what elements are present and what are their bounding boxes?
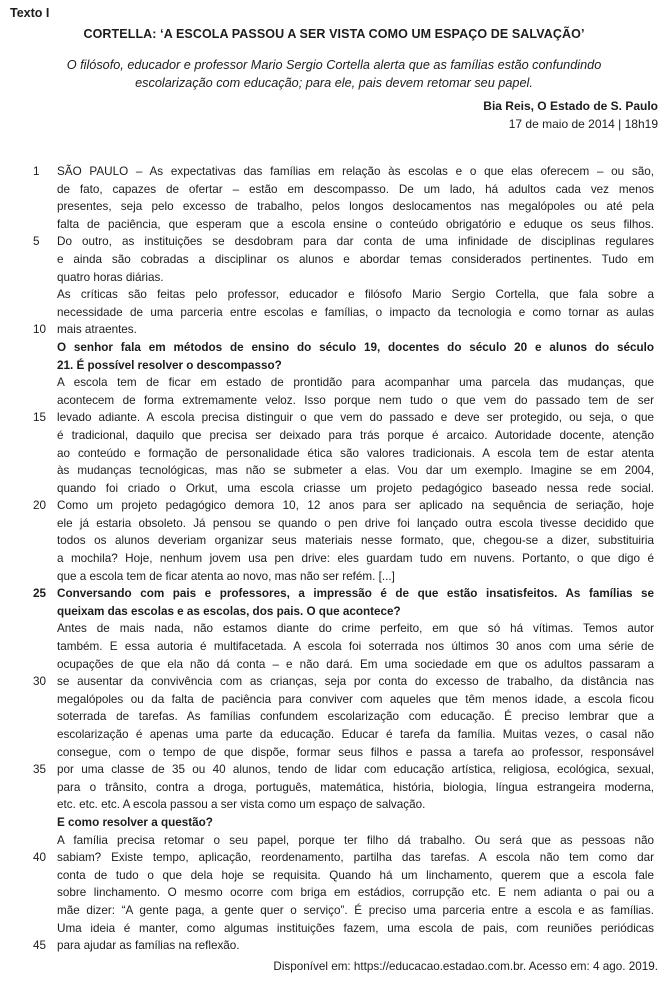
line-text: Conversando com pais e professores, a im… (57, 585, 654, 603)
line-number (33, 902, 57, 920)
text-line: Uma ideia é manter, como algumas institu… (33, 920, 655, 938)
line-number: 35 (33, 761, 57, 779)
line-text: soterrada de tarefas. As famílias confun… (57, 708, 654, 726)
line-text: se ausentar da convivência com as crianç… (57, 673, 654, 691)
line-number (33, 691, 57, 709)
text-line: quando foi criado o Orkut, uma escola cr… (33, 480, 655, 498)
text-line: consegue, com o tempo de que dispõe, for… (33, 744, 655, 762)
text-line: 15levado adiante. A escola precisa disti… (33, 409, 655, 427)
text-line: queixam das escolas e as escolas, dos pa… (33, 603, 655, 621)
line-number (33, 181, 57, 199)
text-line: de fato, capazes de ofertar – estão em d… (33, 181, 655, 199)
line-number (33, 427, 57, 445)
line-text: O senhor fala em métodos de ensino do sé… (57, 339, 654, 357)
text-line: Antes de mais nada, não estamos diante d… (33, 620, 655, 638)
line-number: 25 (33, 585, 57, 603)
text-line: para o trânsito, contra a droga, portugu… (33, 779, 655, 797)
line-number (33, 515, 57, 533)
text-line: às mudanças tecnológicas, mas não se sub… (33, 462, 655, 480)
line-number (33, 779, 57, 797)
line-number (33, 480, 57, 498)
line-text: etc. etc. etc. A escola passou a ser vis… (57, 796, 654, 814)
text-line: 40sabiam? Existe tempo, aplicação, reord… (33, 849, 655, 867)
text-line: também. E essa autoria é multifacetada. … (33, 638, 655, 656)
line-text: é tradicional, daquilo que precisa ser d… (57, 427, 654, 445)
text-line: presentes, seja pelo excesso de trabalho… (33, 198, 655, 216)
line-text: escolarização é apenas uma parte da educ… (57, 726, 654, 744)
line-text: A família precisa retomar o seu papel, p… (57, 832, 654, 850)
text-line: 30se ausentar da convivência com as cria… (33, 673, 655, 691)
line-number (33, 920, 57, 938)
text-line: escolarização é apenas uma parte da educ… (33, 726, 655, 744)
line-number (33, 532, 57, 550)
line-number: 15 (33, 409, 57, 427)
text-line: E como resolver a questão? (33, 814, 655, 832)
line-number (33, 867, 57, 885)
line-number (33, 462, 57, 480)
line-text: a mochila? Hoje, nenhum jovem usa pen dr… (57, 550, 654, 568)
text-line: ele já estaria obsoleto. Já pensou se qu… (33, 515, 655, 533)
line-number (33, 445, 57, 463)
line-number (33, 832, 57, 850)
text-line: 5Do outro, as instituições se desdobram … (33, 233, 655, 251)
line-number: 30 (33, 673, 57, 691)
line-text: conta de tudo o que dela hoje se requisi… (57, 867, 654, 885)
dateline: 17 de maio de 2014 | 18h19 (509, 117, 658, 131)
subtitle-line-1: O filósofo, educador e professor Mario S… (0, 56, 668, 74)
line-number: 40 (33, 849, 57, 867)
line-text: Como um projeto pedagógico demora 10, 12… (57, 497, 654, 515)
line-number (33, 374, 57, 392)
text-line: A escola tem de ficar em estado de pront… (33, 374, 655, 392)
text-line: A família precisa retomar o seu papel, p… (33, 832, 655, 850)
line-number (33, 269, 57, 287)
line-text: levado adiante. A escola precisa disting… (57, 409, 654, 427)
line-text: As críticas são feitas pelo professor, e… (57, 286, 654, 304)
byline: Bia Reis, O Estado de S. Paulo (483, 99, 658, 113)
line-text: Do outro, as instituições se desdobram p… (57, 233, 654, 251)
article-title: CORTELLA: ‘A ESCOLA PASSOU A SER VISTA C… (0, 27, 668, 41)
line-text: sabiam? Existe tempo, aplicação, reorden… (57, 849, 654, 867)
line-number (33, 656, 57, 674)
text-line: megalópoles ou da falta de paciência par… (33, 691, 655, 709)
line-number: 5 (33, 233, 57, 251)
line-number (33, 603, 57, 621)
text-line: mãe dizer: “A gente paga, a gente quer o… (33, 902, 655, 920)
line-text: falta de paciência, que esperam que a es… (57, 216, 654, 234)
line-text: A escola tem de ficar em estado de pront… (57, 374, 654, 392)
line-number (33, 620, 57, 638)
line-text: ao conteúdo e formação de personalidade … (57, 445, 654, 463)
line-number: 20 (33, 497, 57, 515)
text-line: O senhor fala em métodos de ensino do sé… (33, 339, 655, 357)
text-line: acontecem de forma extremamente veloz. I… (33, 392, 655, 410)
subtitle-line-2: escolarização com educação; para ele, pa… (0, 74, 668, 92)
text-line: e ainda são cobradas a disciplinar os al… (33, 251, 655, 269)
line-text: que a escola tem de ficar atenta ao novo… (57, 568, 654, 586)
line-number (33, 884, 57, 902)
line-number (33, 708, 57, 726)
text-line: ao conteúdo e formação de personalidade … (33, 445, 655, 463)
line-number (33, 286, 57, 304)
line-number (33, 638, 57, 656)
line-text: sobre linchamento. O mesmo ocorre com br… (57, 884, 654, 902)
line-text: 21. É possível resolver o descompasso? (57, 357, 654, 375)
line-text: E como resolver a questão? (57, 814, 654, 832)
line-text: mãe dizer: “A gente paga, a gente quer o… (57, 902, 654, 920)
text-line: quatro horas diárias. (33, 269, 655, 287)
text-line: que a escola tem de ficar atenta ao novo… (33, 568, 655, 586)
line-text: presentes, seja pelo excesso de trabalho… (57, 198, 654, 216)
line-number (33, 304, 57, 322)
line-text: megalópoles ou da falta de paciência par… (57, 691, 654, 709)
text-line: 1SÃO PAULO – As expectativas das família… (33, 163, 655, 181)
line-number: 45 (33, 937, 57, 955)
line-number (33, 216, 57, 234)
article-subtitle: O filósofo, educador e professor Mario S… (0, 56, 668, 92)
text-line: necessidade de uma parceria entre escola… (33, 304, 655, 322)
text-line: As críticas são feitas pelo professor, e… (33, 286, 655, 304)
line-text: de fato, capazes de ofertar – estão em d… (57, 181, 654, 199)
line-number (33, 726, 57, 744)
text-line: 10mais atraentes. (33, 321, 655, 339)
line-number (33, 796, 57, 814)
text-line: soterrada de tarefas. As famílias confun… (33, 708, 655, 726)
line-text: acontecem de forma extremamente veloz. I… (57, 392, 654, 410)
text-line: etc. etc. etc. A escola passou a ser vis… (33, 796, 655, 814)
line-text: consegue, com o tempo de que dispõe, for… (57, 744, 654, 762)
line-number (33, 392, 57, 410)
line-text: mais atraentes. (57, 321, 654, 339)
line-text: para o trânsito, contra a droga, portugu… (57, 779, 654, 797)
line-text: Antes de mais nada, não estamos diante d… (57, 620, 654, 638)
line-text: ele já estaria obsoleto. Já pensou se qu… (57, 515, 654, 533)
text-line: sobre linchamento. O mesmo ocorre com br… (33, 884, 655, 902)
line-text: todos os alunos deveriam organizar seus … (57, 532, 654, 550)
text-line: ocupações de que ela não dá conta – e nã… (33, 656, 655, 674)
text-line: é tradicional, daquilo que precisa ser d… (33, 427, 655, 445)
line-number (33, 251, 57, 269)
text-line: 21. É possível resolver o descompasso? (33, 357, 655, 375)
line-number (33, 357, 57, 375)
line-number: 1 (33, 163, 57, 181)
text-body: 1SÃO PAULO – As expectativas das família… (33, 163, 655, 955)
text-label: Texto I (10, 6, 49, 20)
line-number (33, 568, 57, 586)
text-line: 35por uma classe de 35 ou 40 alunos, ten… (33, 761, 655, 779)
line-text: quatro horas diárias. (57, 269, 654, 287)
text-line: conta de tudo o que dela hoje se requisi… (33, 867, 655, 885)
line-number: 10 (33, 321, 57, 339)
line-text: e ainda são cobradas a disciplinar os al… (57, 251, 654, 269)
line-text: quando foi criado o Orkut, uma escola cr… (57, 480, 654, 498)
document-page: Texto I CORTELLA: ‘A ESCOLA PASSOU A SER… (0, 0, 668, 1000)
line-text: queixam das escolas e as escolas, dos pa… (57, 603, 654, 621)
line-number (33, 339, 57, 357)
text-line: todos os alunos deveriam organizar seus … (33, 532, 655, 550)
line-number (33, 744, 57, 762)
line-text: Uma ideia é manter, como algumas institu… (57, 920, 654, 938)
line-number (33, 550, 57, 568)
text-line: 45para ajudar as famílias na reflexão. (33, 937, 655, 955)
line-text: às mudanças tecnológicas, mas não se sub… (57, 462, 654, 480)
line-text: ocupações de que ela não dá conta – e nã… (57, 656, 654, 674)
line-text: por uma classe de 35 ou 40 alunos, tendo… (57, 761, 654, 779)
line-number (33, 198, 57, 216)
source-citation: Disponível em: https://educacao.estadao.… (273, 960, 658, 973)
text-line: a mochila? Hoje, nenhum jovem usa pen dr… (33, 550, 655, 568)
text-line: 25Conversando com pais e professores, a … (33, 585, 655, 603)
text-line: falta de paciência, que esperam que a es… (33, 216, 655, 234)
line-text: para ajudar as famílias na reflexão. (57, 937, 654, 955)
line-number (33, 814, 57, 832)
line-text: também. E essa autoria é multifacetada. … (57, 638, 654, 656)
text-line: 20Como um projeto pedagógico demora 10, … (33, 497, 655, 515)
line-text: SÃO PAULO – As expectativas das famílias… (57, 163, 654, 181)
line-text: necessidade de uma parceria entre escola… (57, 304, 654, 322)
